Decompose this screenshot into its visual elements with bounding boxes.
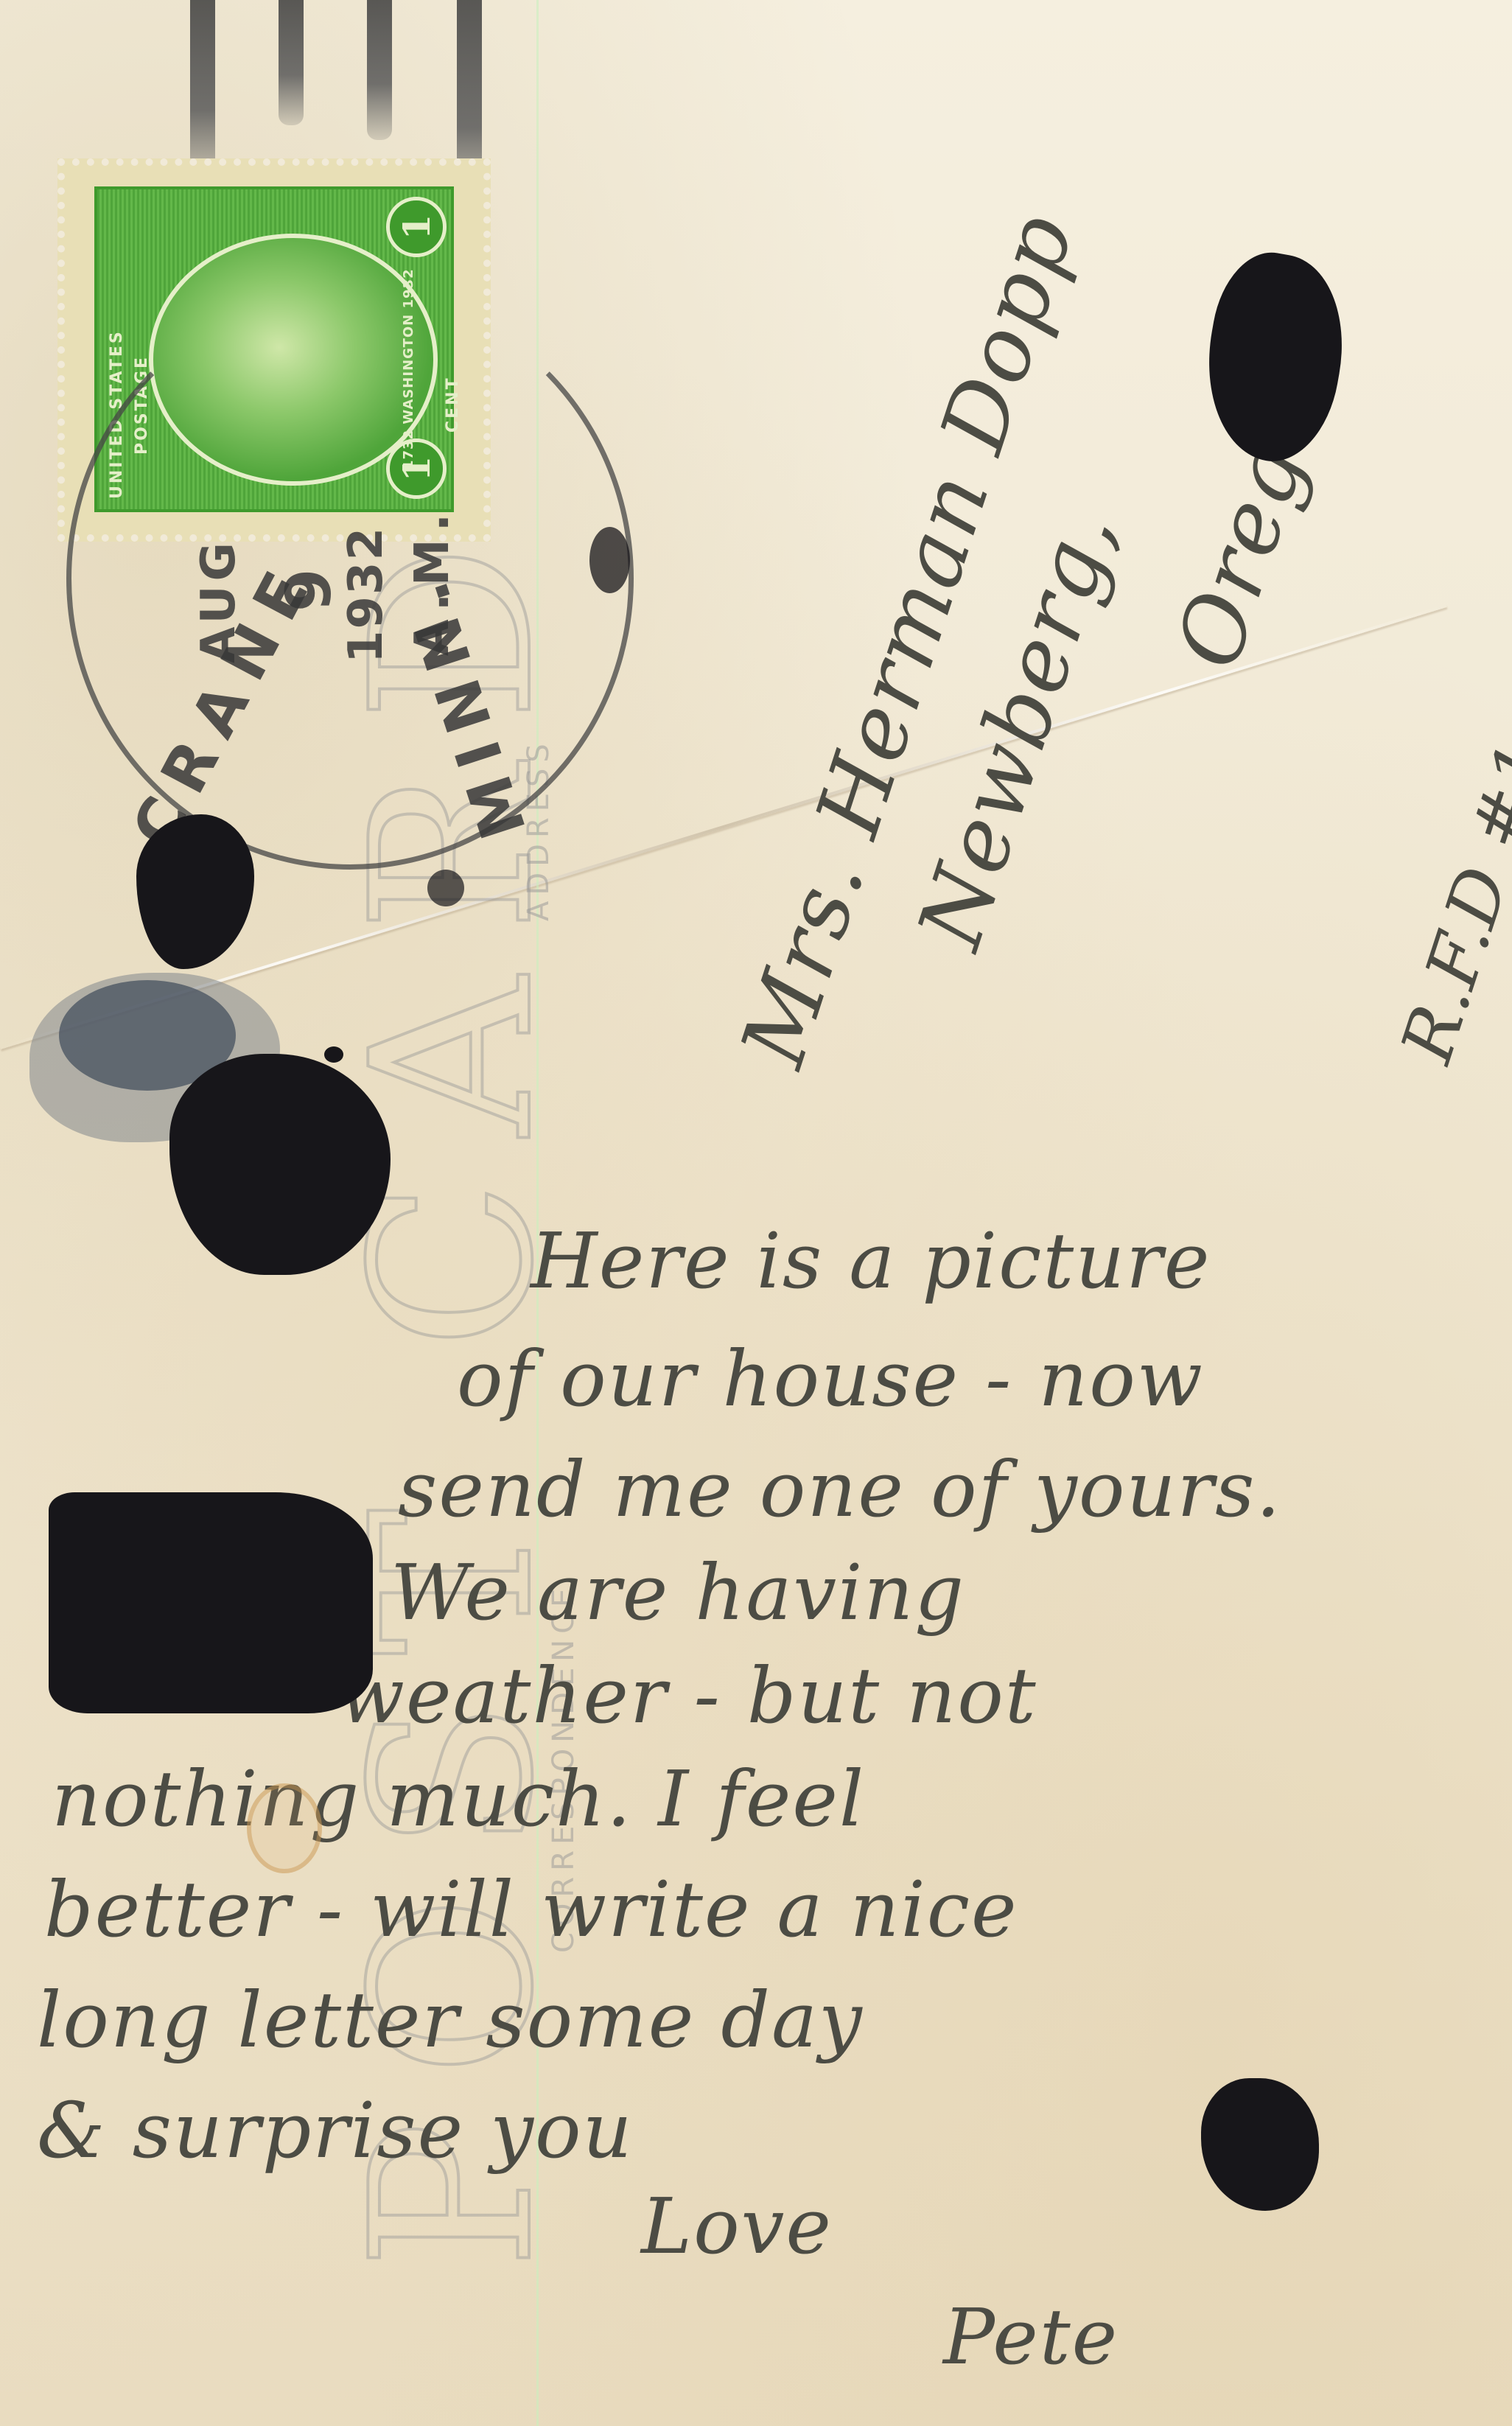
message-line: better - will write a nice bbox=[44, 1864, 1018, 1954]
water-stain bbox=[247, 1783, 322, 1873]
postmark-day: 9 bbox=[273, 569, 345, 612]
message-line: Here is a picture bbox=[531, 1216, 1211, 1306]
address-route: R.F.D #1 bbox=[1385, 731, 1512, 1072]
postmark-month: AUG bbox=[192, 538, 246, 663]
ink-blob bbox=[136, 814, 254, 969]
ink-blob bbox=[1201, 2078, 1319, 2211]
ink-dot bbox=[324, 1046, 343, 1063]
message-closing: Love bbox=[641, 2181, 833, 2271]
stamp-denomination-top: 1 bbox=[386, 197, 447, 257]
message-signature: Pete bbox=[943, 2292, 1119, 2382]
ink-blob bbox=[49, 1492, 373, 1713]
ink-blob bbox=[169, 1054, 391, 1275]
message-line: long letter some day bbox=[37, 1975, 864, 2065]
message-line: We are having bbox=[391, 1548, 965, 1637]
cancellation-bar bbox=[190, 0, 215, 184]
postmark-year: 1932 bbox=[339, 526, 393, 663]
postcard-back: POST CARD CORRESPONDENCE ADDRESS 1 1 UNI… bbox=[0, 0, 1512, 2426]
ink-dot bbox=[589, 527, 630, 593]
message-line: & surprise you bbox=[37, 2086, 634, 2175]
message-line: nothing much. I feel bbox=[52, 1754, 865, 1844]
message-line: weather - but not bbox=[339, 1651, 1037, 1741]
ink-dot bbox=[427, 870, 464, 906]
cancellation-bar bbox=[279, 0, 304, 125]
cancellation-bar bbox=[367, 0, 392, 140]
postmark-time: A.M. bbox=[405, 506, 460, 656]
message-line: of our house - now bbox=[457, 1334, 1204, 1424]
message-line: send me one of yours. bbox=[398, 1444, 1282, 1534]
